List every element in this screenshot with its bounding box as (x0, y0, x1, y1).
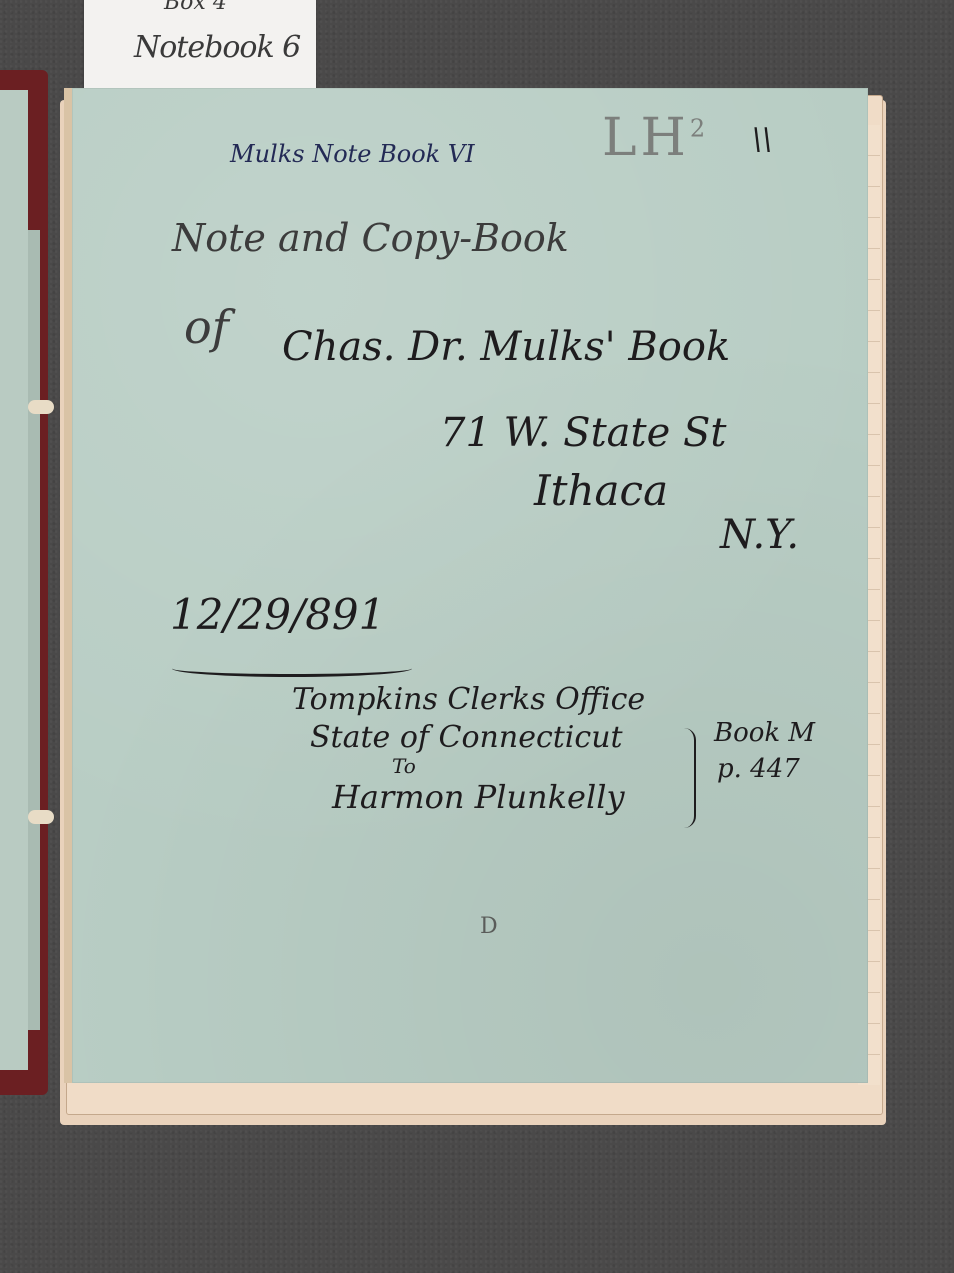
adjacent-notebook-inner-page (28, 230, 40, 1030)
notebook-header: Mulks Note Book VI (230, 140, 475, 168)
notebook-cover-page: Mulks Note Book VI LH2 \\ Note and Copy-… (64, 88, 868, 1083)
tick-mark: \\ (752, 122, 772, 157)
address-street: 71 W. State St (440, 410, 726, 456)
reference-line-2: State of Connecticut (310, 720, 623, 755)
notebook-title: Note and Copy-Book (172, 216, 569, 260)
title-of: of (184, 300, 229, 354)
archive-label-card: Box 4 Notebook 6 (84, 0, 316, 88)
notebook-date: 12/29/891 (170, 590, 385, 639)
adjacent-notebook (0, 70, 48, 1095)
adjacent-notebook-page (0, 90, 28, 1070)
pencil-catalog-mark-text: LH (602, 108, 690, 168)
reference-page: p. 447 (717, 754, 800, 784)
address-city: Ithaca (534, 466, 668, 515)
archive-notebook-label: Notebook 6 (134, 30, 300, 65)
reference-bracket (682, 728, 696, 828)
reference-line-3: To (392, 754, 416, 778)
reference-book: Book M (714, 718, 815, 748)
owner-name: Chas. Dr. Mulks' Book (282, 324, 730, 370)
pencil-catalog-mark: LH2 (602, 108, 709, 168)
address-state: N.Y. (720, 512, 799, 558)
footer-mark: D (480, 914, 498, 939)
pencil-catalog-mark-sup: 2 (690, 115, 709, 143)
reference-line-1: Tompkins Clerks Office (292, 682, 645, 717)
date-underline-brace (172, 660, 412, 677)
reference-line-4: Harmon Plunkelly (332, 778, 625, 816)
binding-thread (28, 810, 54, 824)
archive-box-label: Box 4 (164, 0, 227, 15)
binding-thread (28, 400, 54, 414)
